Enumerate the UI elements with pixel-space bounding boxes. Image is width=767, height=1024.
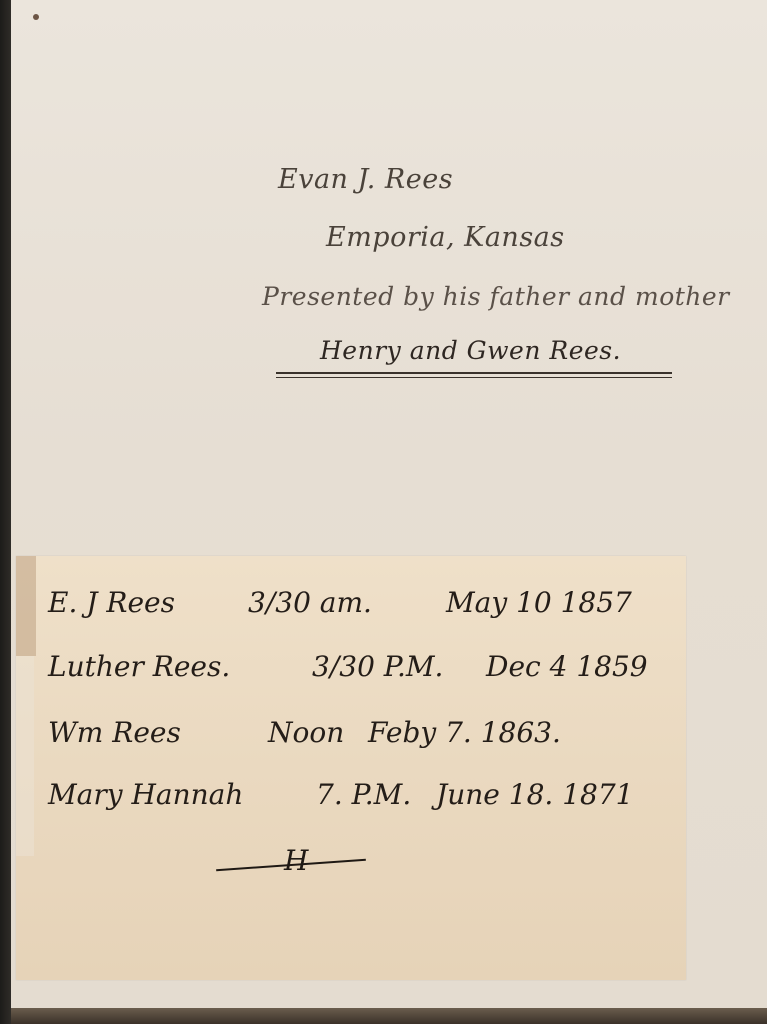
record-entry: Luther Rees. 3/30 P.M. Dec 4 1859 — [16, 650, 686, 710]
book-bottom-edge — [11, 1008, 767, 1024]
entry-name: E. J Rees — [48, 586, 175, 619]
entry-name: Wm Rees — [48, 716, 181, 749]
owner-location: Emporia, Kansas — [326, 222, 565, 253]
entry-date: May 10 1857 — [446, 586, 632, 619]
adhesive-tape — [16, 556, 36, 656]
presentation-inscription: Evan J. Rees Emporia, Kansas Presented b… — [262, 160, 762, 390]
underline-rule — [276, 377, 672, 378]
givers-names: Henry and Gwen Rees. — [320, 336, 621, 365]
birth-record-card: E. J Rees 3/30 am. May 10 1857 Luther Re… — [16, 556, 686, 980]
entry-time: 3/30 P.M. — [312, 650, 443, 683]
entry-time: 7. P.M. — [316, 778, 411, 811]
entry-name: Luther Rees. — [48, 650, 230, 683]
entry-date: Feby 7. 1863. — [368, 716, 561, 749]
entry-time: 3/30 am. — [248, 586, 372, 619]
entry-date: June 18. 1871 — [436, 778, 633, 811]
record-entry: E. J Rees 3/30 am. May 10 1857 — [16, 586, 686, 646]
owner-name: Evan J. Rees — [278, 164, 453, 195]
adhesive-tape-residue — [16, 656, 34, 856]
underline-rule — [276, 372, 672, 374]
entry-date: Dec 4 1859 — [486, 650, 648, 683]
entry-time: Noon — [268, 716, 344, 749]
entry-name: Mary Hannah — [48, 778, 243, 811]
presented-by-line: Presented by his father and mother — [262, 282, 730, 311]
record-entry: Mary Hannah 7. P.M. June 18. 1871 — [16, 778, 686, 838]
ink-speck — [33, 14, 39, 20]
record-entry: Wm Rees Noon Feby 7. 1863. — [16, 716, 686, 776]
book-cover-spine — [0, 0, 11, 1024]
